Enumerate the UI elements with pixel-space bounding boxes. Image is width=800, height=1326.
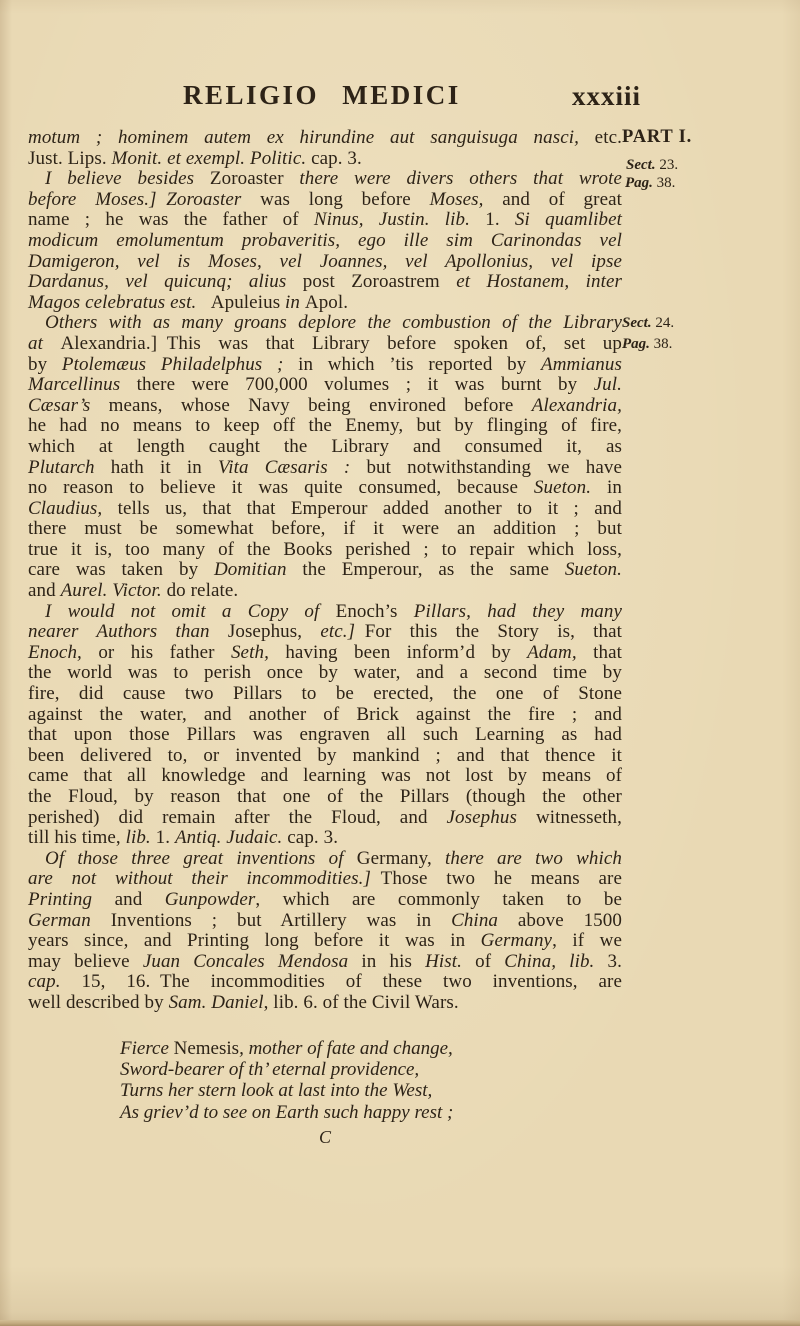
roman-run: care was taken by bbox=[28, 559, 214, 580]
italic-run: Turns her stern look at last into the We… bbox=[120, 1080, 432, 1101]
roman-run: cap. 3. bbox=[287, 827, 338, 848]
roman-run: Inventions ; but Artillery was in bbox=[111, 910, 451, 931]
italic-run: Sam. Daniel bbox=[169, 992, 264, 1013]
margin-note-label: Sect. bbox=[622, 315, 652, 331]
roman-run: and bbox=[28, 580, 61, 601]
italic-run: Aurel. Victor. bbox=[61, 580, 167, 601]
text-line: perished) did remain after the Floud, an… bbox=[28, 808, 622, 829]
italic-run: Enoch, bbox=[28, 642, 98, 663]
roman-run: do relate. bbox=[167, 580, 239, 601]
italic-run: Ninus, Justin. lib. bbox=[314, 209, 485, 230]
text-line: Enoch, or his father Seth, having been i… bbox=[28, 643, 622, 664]
poem-quotation: Fierce Nemesis, mother of fate and chang… bbox=[120, 1038, 540, 1123]
italic-run: Sueton. bbox=[534, 477, 607, 498]
roman-run: there must be somewhat before, if it wer… bbox=[28, 518, 622, 539]
text-line: Cæsar’s means, whose Navy being environe… bbox=[28, 396, 622, 417]
roman-run: , which are commonly taken to be bbox=[255, 889, 622, 910]
text-line: came that all knowledge and learning was… bbox=[28, 766, 622, 787]
italic-run: Adam, bbox=[527, 642, 593, 663]
italic-run: China bbox=[451, 910, 518, 931]
margin-note-sect-23: Sect. 23. bbox=[626, 157, 678, 173]
roman-run: been delivered to, or invented by mankin… bbox=[28, 745, 622, 766]
italic-run: Of those three great inventions of bbox=[45, 848, 357, 869]
italic-run: Others with as many groans deplore the c… bbox=[45, 312, 622, 333]
text-line: the Floud, by reason that one of the Pil… bbox=[28, 787, 622, 808]
roman-run: Those two he means are bbox=[381, 868, 622, 889]
roman-run: fire, did cause two Pillars to be erecte… bbox=[28, 683, 622, 704]
margin-note-label: Sect. bbox=[626, 157, 656, 173]
italic-run: Plutarch bbox=[28, 457, 111, 478]
roman-run: Enoch’s bbox=[336, 601, 414, 622]
roman-run: true it is, too many of the Books perish… bbox=[28, 539, 622, 560]
italic-run: Josephus bbox=[447, 807, 536, 828]
roman-run: Alexandria.] This was that Library befor… bbox=[60, 333, 622, 354]
italic-run: I believe besides bbox=[45, 168, 210, 189]
italic-run: Ptolemæus Philadelphus ; bbox=[62, 354, 298, 375]
roman-run: Josephus, bbox=[228, 621, 320, 642]
italic-run: Gunpowder bbox=[165, 889, 256, 910]
italic-run: Marcellinus bbox=[28, 374, 137, 395]
roman-run: in his bbox=[361, 951, 425, 972]
text-line: As griev’d to see on Earth such happy re… bbox=[120, 1102, 540, 1123]
margin-part-label: PART I. bbox=[622, 127, 692, 148]
italic-run: at bbox=[28, 333, 60, 354]
roman-run: the world was to perish once by water, a… bbox=[28, 662, 622, 683]
italic-run: German bbox=[28, 910, 111, 931]
italic-run: Dardanus, vel quicunq; alius bbox=[28, 271, 303, 292]
italic-run: Magos celebratus est. bbox=[28, 292, 201, 313]
margin-note-pag-38b: Pag. 38. bbox=[622, 336, 672, 352]
text-line: till his time, lib. 1. Antiq. Judaic. ca… bbox=[28, 828, 622, 849]
margin-note-sect-24: Sect. 24. bbox=[622, 315, 674, 331]
italic-run: Ammianus bbox=[541, 354, 622, 375]
text-line: German Inventions ; but Artillery was in… bbox=[28, 911, 622, 932]
text-line: name ; he was the father of Ninus, Justi… bbox=[28, 210, 622, 231]
roman-run: the Emperour, as the same bbox=[302, 559, 564, 580]
italic-run: Domitian bbox=[214, 559, 302, 580]
text-line: may believe Juan Concales Mendosa in his… bbox=[28, 952, 622, 973]
roman-run: 3. bbox=[608, 951, 622, 972]
roman-run: and bbox=[115, 889, 165, 910]
roman-run: above 1500 bbox=[518, 910, 622, 931]
italic-run: Damigeron, vel is Moses, vel Joannes, ve… bbox=[28, 251, 622, 272]
text-line: Others with as many groans deplore the c… bbox=[28, 313, 622, 334]
italic-run: Hist. bbox=[425, 951, 475, 972]
italic-run: Fierce bbox=[120, 1038, 174, 1059]
text-line: I would not omit a Copy of Enoch’s Pilla… bbox=[28, 602, 622, 623]
margin-note-number: 38. bbox=[654, 336, 673, 352]
italic-run: Printing bbox=[28, 889, 115, 910]
book-page: RELIGIO MEDICI xxxiii PART I. Sect. 23. … bbox=[0, 0, 800, 1326]
roman-run: , if we bbox=[552, 930, 622, 951]
roman-run: or his father bbox=[98, 642, 231, 663]
italic-run: nearer Authors than bbox=[28, 621, 228, 642]
italic-run: Si quamlibet bbox=[515, 209, 622, 230]
text-line: Plutarch hath it in Vita Cæsaris : but n… bbox=[28, 458, 622, 479]
roman-run: means, whose Navy being environed before bbox=[109, 395, 532, 416]
roman-run: there were 700,000 volumes ; it was burn… bbox=[137, 374, 594, 395]
roman-run: Apol. bbox=[305, 292, 348, 313]
italic-run: cap. bbox=[28, 971, 81, 992]
italic-run: Germany bbox=[481, 930, 552, 951]
text-line: Printing and Gunpowder, which are common… bbox=[28, 890, 622, 911]
text-line: Marcellinus there were 700,000 volumes ;… bbox=[28, 375, 622, 396]
italic-run: there are two which bbox=[445, 848, 622, 869]
text-line: I believe besides Zoroaster there were d… bbox=[28, 169, 622, 190]
roman-run: in which ’tis reported by bbox=[298, 354, 541, 375]
roman-run: hath it in bbox=[111, 457, 218, 478]
roman-run: cap. 3. bbox=[311, 148, 362, 169]
italic-run: Claudius, bbox=[28, 498, 118, 519]
italic-run: Vita Cæsaris : bbox=[218, 457, 366, 478]
page-bottom-edge bbox=[0, 1320, 800, 1326]
italic-run: are not without their incommodities.] bbox=[28, 868, 381, 889]
margin-note-label: Pag. bbox=[625, 175, 653, 191]
margin-note-pag-38a: Pag. 38. bbox=[625, 175, 675, 191]
italic-run: modicum emolumentum probaveritis, ego il… bbox=[28, 230, 622, 251]
text-line: Just. Lips. Monit. et exempl. Politic. c… bbox=[28, 149, 622, 170]
text-line: true it is, too many of the Books perish… bbox=[28, 540, 622, 561]
roman-run: may believe bbox=[28, 951, 143, 972]
italic-run: Alexandria, bbox=[532, 395, 622, 416]
italic-run: there were divers others that wrote bbox=[299, 168, 622, 189]
italic-run: China, lib. bbox=[504, 951, 607, 972]
text-line: motum ; hominem autem ex hirundine aut s… bbox=[28, 128, 622, 149]
roman-run: the Floud, by reason that one of the Pil… bbox=[28, 786, 622, 807]
roman-run: in bbox=[607, 477, 622, 498]
text-line: Claudius, tells us, that that Emperour a… bbox=[28, 499, 622, 520]
italic-run: in bbox=[285, 292, 305, 313]
text-line: Of those three great inventions of Germa… bbox=[28, 849, 622, 870]
body-text: motum ; hominem autem ex hirundine aut s… bbox=[28, 128, 622, 1014]
italic-run: Pillars, had they many bbox=[414, 601, 622, 622]
text-line: modicum emolumentum probaveritis, ego il… bbox=[28, 231, 622, 252]
italic-run: lib. bbox=[126, 827, 156, 848]
text-line: by Ptolemæus Philadelphus ; in which ’ti… bbox=[28, 355, 622, 376]
italic-run: etc.] bbox=[320, 621, 364, 642]
italic-run: I would not omit a Copy of bbox=[45, 601, 336, 622]
signature-mark: C bbox=[28, 1127, 622, 1148]
roman-run: till his time, bbox=[28, 827, 126, 848]
roman-run: of bbox=[475, 951, 504, 972]
roman-run: by bbox=[28, 354, 62, 375]
italic-run: Seth, bbox=[231, 642, 285, 663]
roman-run: years since, and Printing long before it… bbox=[28, 930, 481, 951]
roman-run: post Zoroastrem bbox=[303, 271, 456, 292]
italic-run: Jul. bbox=[594, 374, 622, 395]
text-line: the world was to perish once by water, a… bbox=[28, 663, 622, 684]
roman-run: tells us, that that Emperour added anoth… bbox=[118, 498, 622, 519]
roman-run: well described by bbox=[28, 992, 169, 1013]
roman-run: he had no means to keep off the Enemy, b… bbox=[28, 415, 622, 436]
roman-run: 1. bbox=[156, 827, 175, 848]
roman-run: that upon those Pillars was engraven all… bbox=[28, 724, 622, 745]
roman-run: and of great bbox=[502, 189, 622, 210]
italic-run: , mother of fate and change, bbox=[239, 1038, 453, 1059]
text-line: he had no means to keep off the Enemy, b… bbox=[28, 416, 622, 437]
text-line: Magos celebratus est. Apuleius in Apol. bbox=[28, 293, 622, 314]
text-line: against the water, and another of Brick … bbox=[28, 705, 622, 726]
margin-note-label: Pag. bbox=[622, 336, 650, 352]
roman-run: which at length caught the Library and c… bbox=[28, 436, 622, 457]
italic-run: et Hostanem, inter bbox=[456, 271, 622, 292]
text-line: years since, and Printing long before it… bbox=[28, 931, 622, 952]
text-line: nearer Authors than Josephus, etc.] For … bbox=[28, 622, 622, 643]
text-line: before Moses.] Zoroaster was long before… bbox=[28, 190, 622, 211]
page-number: xxxiii bbox=[572, 81, 641, 112]
text-line: been delivered to, or invented by mankin… bbox=[28, 746, 622, 767]
italic-run: motum ; hominem autem ex hirundine aut s… bbox=[28, 127, 579, 148]
italic-run: Cæsar’s bbox=[28, 395, 109, 416]
text-line: and Aurel. Victor. do relate. bbox=[28, 581, 622, 602]
roman-run: was long before bbox=[260, 189, 429, 210]
text-line: Dardanus, vel quicunq; alius post Zoroas… bbox=[28, 272, 622, 293]
text-line: Damigeron, vel is Moses, vel Joannes, ve… bbox=[28, 252, 622, 273]
italic-run: Monit. et exempl. Politic. bbox=[112, 148, 312, 169]
roman-run: name ; he was the father of bbox=[28, 209, 314, 230]
text-line: that upon those Pillars was engraven all… bbox=[28, 725, 622, 746]
text-line: well described by Sam. Daniel, lib. 6. o… bbox=[28, 993, 622, 1014]
text-line: which at length caught the Library and c… bbox=[28, 437, 622, 458]
roman-run: 15, 16. The incommodities of these two i… bbox=[81, 971, 622, 992]
roman-run: but notwithstanding we have bbox=[366, 457, 622, 478]
roman-run: Just. Lips. bbox=[28, 148, 112, 169]
roman-run: Nemesis bbox=[174, 1038, 239, 1059]
italic-run: As griev’d to see on Earth such happy re… bbox=[120, 1102, 453, 1123]
roman-run: 1. bbox=[485, 209, 515, 230]
text-line: at Alexandria.] This was that Library be… bbox=[28, 334, 622, 355]
italic-run: Sueton. bbox=[565, 559, 622, 580]
roman-run: Germany, bbox=[357, 848, 445, 869]
text-line: no reason to believe it was quite consum… bbox=[28, 478, 622, 499]
italic-run: Moses, bbox=[430, 189, 503, 210]
italic-run: Antiq. Judaic. bbox=[175, 827, 287, 848]
margin-note-number: 23. bbox=[659, 157, 678, 173]
margin-note-number: 38. bbox=[657, 175, 676, 191]
italic-run: Juan Concales Mendosa bbox=[143, 951, 362, 972]
roman-run: that bbox=[593, 642, 622, 663]
text-line: Turns her stern look at last into the We… bbox=[120, 1080, 540, 1101]
roman-run: etc. bbox=[579, 127, 622, 148]
roman-run: perished) did remain after the Floud, an… bbox=[28, 807, 447, 828]
roman-run: Zoroaster bbox=[210, 168, 300, 189]
italic-run: before Moses.] Zoroaster bbox=[28, 189, 260, 210]
roman-run: having been inform’d by bbox=[285, 642, 527, 663]
text-line: Sword-bearer of th’ eternal providence, bbox=[120, 1059, 540, 1080]
roman-run: came that all knowledge and learning was… bbox=[28, 765, 622, 786]
italic-run: Sword-bearer of th’ eternal providence, bbox=[120, 1059, 419, 1080]
roman-run: For this the Story is, that bbox=[365, 621, 622, 642]
margin-note-number: 24. bbox=[655, 315, 674, 331]
text-line: Fierce Nemesis, mother of fate and chang… bbox=[120, 1038, 540, 1059]
text-line: there must be somewhat before, if it wer… bbox=[28, 519, 622, 540]
text-line: fire, did cause two Pillars to be erecte… bbox=[28, 684, 622, 705]
roman-run: no reason to believe it was quite consum… bbox=[28, 477, 534, 498]
roman-run: against the water, and another of Brick … bbox=[28, 704, 622, 725]
text-line: are not without their incommodities.] Th… bbox=[28, 869, 622, 890]
roman-run: Apuleius bbox=[201, 292, 285, 313]
roman-run: witnesseth, bbox=[536, 807, 622, 828]
page-title: RELIGIO MEDICI bbox=[183, 80, 461, 111]
text-line: cap. 15, 16. The incommodities of these … bbox=[28, 972, 622, 993]
roman-run: , lib. 6. of the Civil Wars. bbox=[264, 992, 459, 1013]
text-line: care was taken by Domitian the Emperour,… bbox=[28, 560, 622, 581]
